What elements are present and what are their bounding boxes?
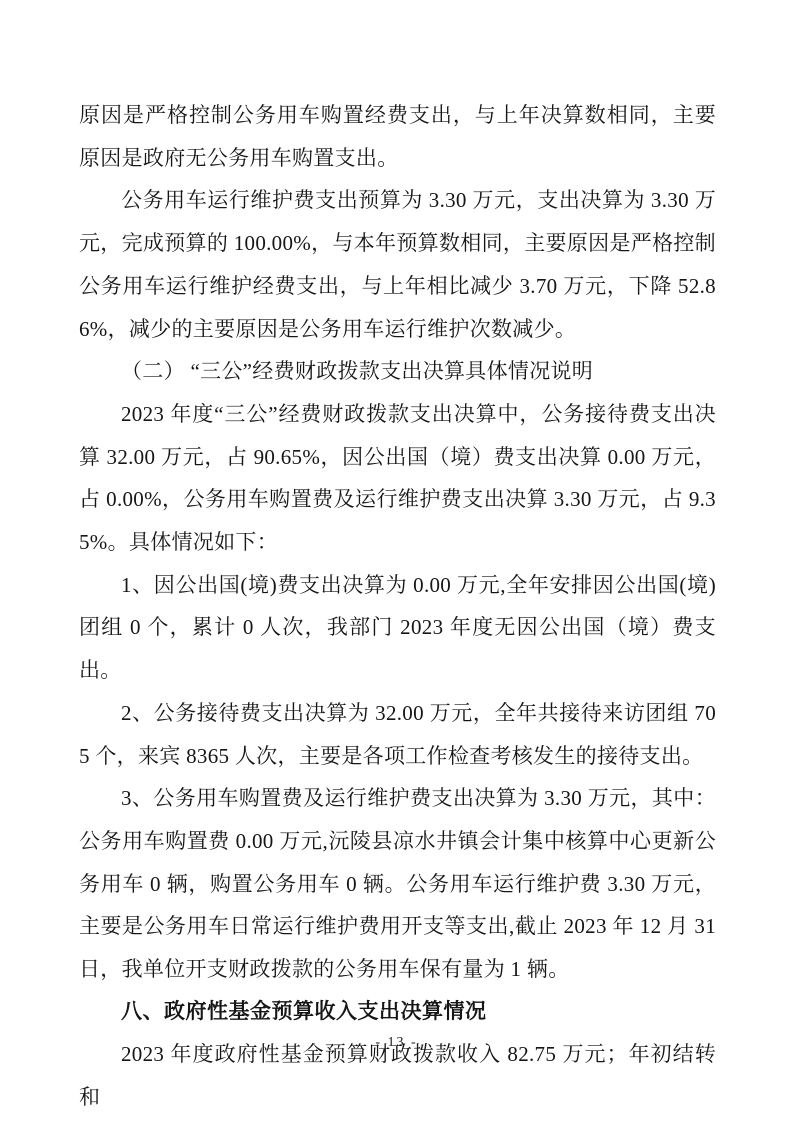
document-page: 原因是严格控制公务用车购置经费支出，与上年决算数相同，主要原因是政府无公务用车购… — [0, 0, 793, 1122]
section-heading-government-fund-budget: 八、政府性基金预算收入支出决算情况 — [79, 991, 716, 1034]
paragraph-item1-overseas-travel: 1、因公出国(境)费支出决算为 0.00 万元,全年安排因公出国(境)团组 0 … — [79, 564, 716, 692]
document-body: 原因是严格控制公务用车购置经费支出，与上年决算数相同，主要原因是政府无公务用车购… — [79, 94, 716, 1119]
paragraph-item2-official-reception: 2、公务接待费支出决算为 32.00 万元，全年共接待来访团组 705 个，来宾… — [79, 692, 716, 777]
subsection-heading-three-public-funds: （二） “三公”经费财政拨款支出决算具体情况说明 — [79, 350, 716, 393]
paragraph-three-public-funds-overview: 2023 年度“三公”经费财政拨款支出决算中，公务接待费支出决算 32.00 万… — [79, 393, 716, 564]
paragraph-vehicle-purchase-reason: 原因是严格控制公务用车购置经费支出，与上年决算数相同，主要原因是政府无公务用车购… — [79, 94, 716, 179]
page-number: - 13 - — [0, 1035, 793, 1051]
paragraph-item3-vehicle-purchase-maintenance: 3、公务用车购置费及运行维护费支出决算为 3.30 万元，其中：公务用车购置费 … — [79, 777, 716, 991]
paragraph-vehicle-maintenance-budget: 公务用车运行维护费支出预算为 3.30 万元，支出决算为 3.30 万元，完成预… — [79, 179, 716, 350]
